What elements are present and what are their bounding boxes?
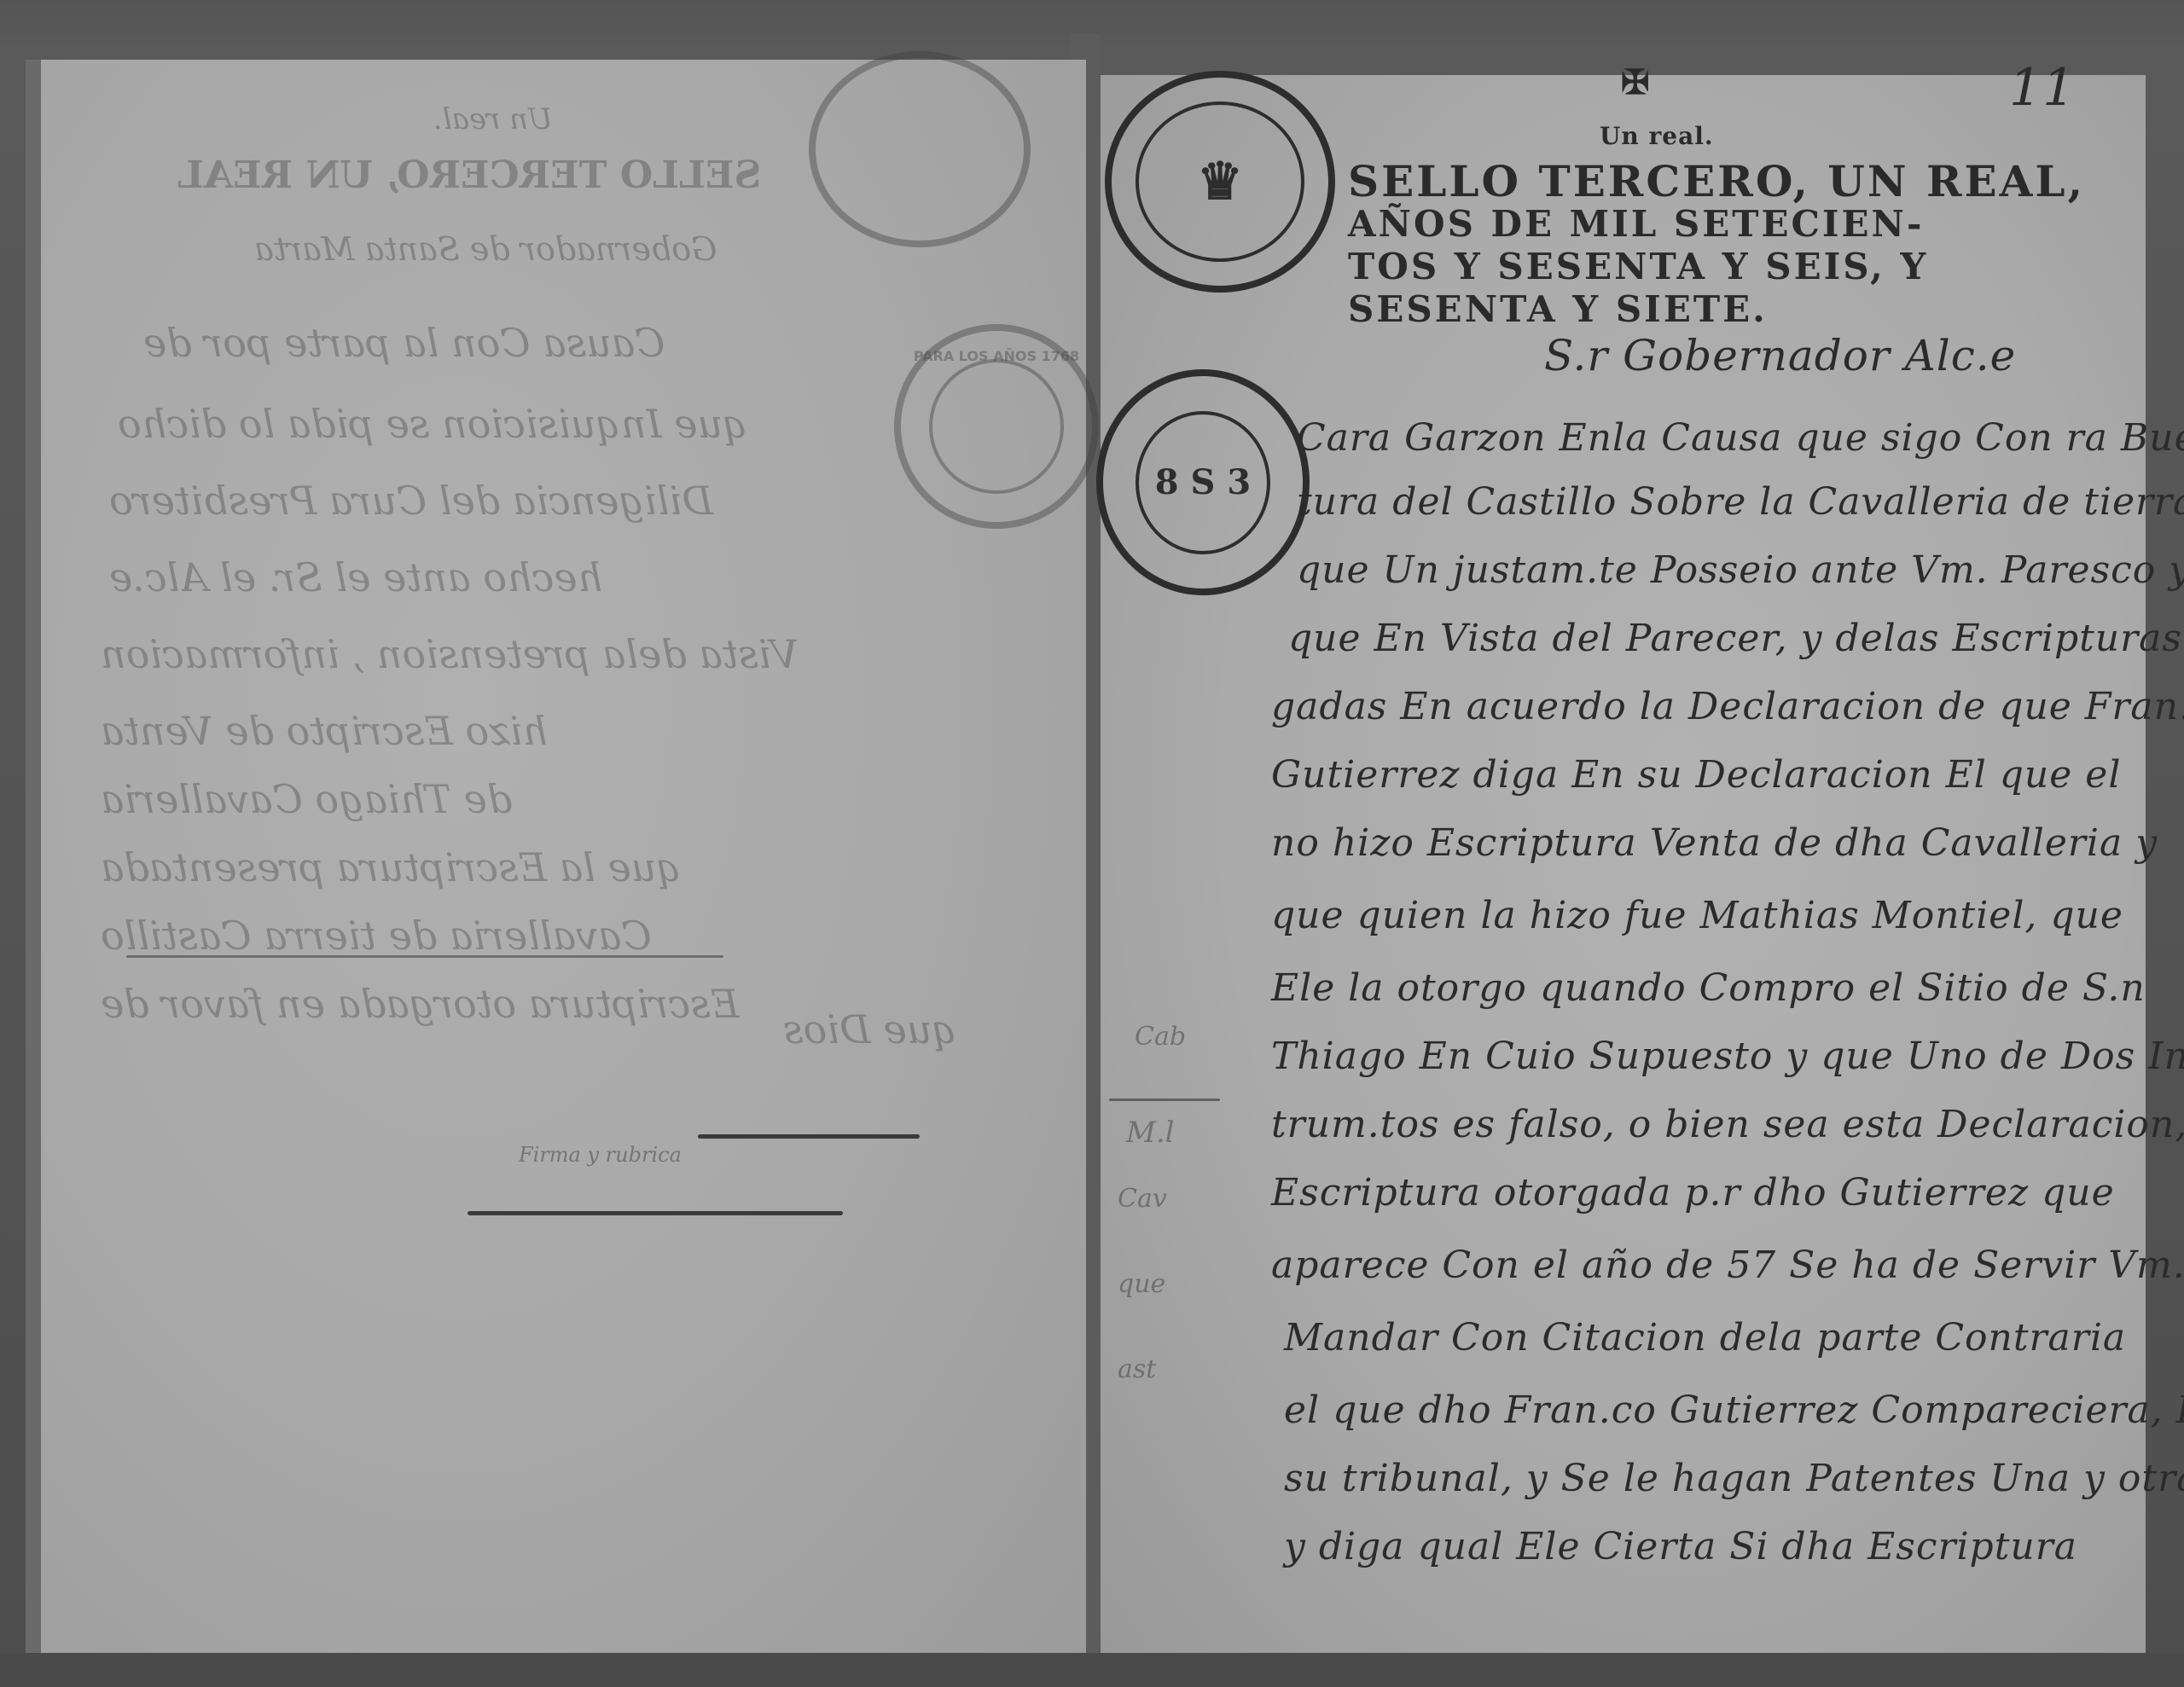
page-number: 11 <box>2009 58 2076 118</box>
margin-dash <box>1109 1099 1220 1101</box>
bleed-line: que Dios <box>783 1006 957 1052</box>
body-line: Thiago En Cuio Supuesto y que Uno de Dos… <box>1271 1035 2184 1078</box>
bleed-line: hizo Escripto de Venta <box>101 708 548 754</box>
bleed-line: Diligencia del Cura Presbitero <box>109 478 713 524</box>
dash-rule <box>126 955 723 958</box>
stamp-line: SELLO TERCERO, UN REAL, <box>1348 156 2085 206</box>
salutation: S.r Gobernador Alc.e <box>1544 331 2016 380</box>
signature-flourish <box>468 1211 843 1215</box>
bleed-line: que la Escriptura presentada <box>101 844 682 890</box>
bleed-line: Escriptura otorgada en favor de <box>101 981 739 1027</box>
margin-note: Cav <box>1118 1184 1167 1214</box>
bleed-line: hecho ante el Sr. el Alc.e <box>109 554 602 600</box>
stamp-line: TOS Y SESENTA Y SEIS, Y <box>1348 246 1928 287</box>
margin-note: que <box>1118 1269 1165 1299</box>
bleed-line: que Inquisicion se pida lo dicho <box>118 401 748 447</box>
body-line: Cara Garzon Enla Causa que sigo Con ra B… <box>1297 416 2184 460</box>
bleed-line: Causa Con la parte por de <box>143 320 665 366</box>
stamp-line: SESENTA Y SIETE. <box>1348 288 1768 330</box>
body-line: que Un justam.te Posseio ante Vm. Paresc… <box>1297 548 2184 592</box>
body-line: no hizo Escriptura Venta de dha Cavaller… <box>1271 821 2158 865</box>
body-line: y diga qual Ele Cierta Si dha Escriptura <box>1284 1525 2077 1568</box>
right-page: 11 ✠ ♛ Un real. SELLO TERCERO, UN REAL, … <box>1101 75 2146 1653</box>
body-line: el que dho Fran.co Gutierrez Comparecier… <box>1284 1388 2184 1432</box>
stamp-header-small: Un real. <box>1600 122 1714 150</box>
bleed-line: Un real. <box>433 102 553 136</box>
body-line: su tribunal, y Se le hagan Patentes Una … <box>1284 1457 2184 1500</box>
margin-note: ast <box>1118 1354 1156 1384</box>
bleed-line: de Thiago Cavalleria <box>101 776 512 822</box>
body-line: gadas En acuerdo la Declaracion de que F… <box>1271 685 2184 728</box>
body-line: tura del Castillo Sobre la Cavalleria de… <box>1297 480 2184 524</box>
scan-bottom-edge <box>0 1653 2184 1687</box>
bleed-line: SELLO TERCERO, UN REAL <box>177 154 761 197</box>
revalidation-seal: 8 S 3 <box>1096 369 1310 595</box>
body-line: Ele la otorgo quando Compro el Sitio de … <box>1271 966 2146 1010</box>
body-line: aparece Con el año de 57 Se ha de Servir… <box>1271 1244 2184 1287</box>
signature-label: Firma y rubrica <box>519 1143 682 1167</box>
bleed-line: Vista dela pretension , informacion <box>101 631 799 677</box>
cross-mark: ✠ <box>1621 62 1653 102</box>
body-line: que En Vista del Parecer, y delas Escrip… <box>1288 617 2184 660</box>
faint-revalidation-seal: PARA LOS AÑOS 1768 <box>894 324 1099 529</box>
faint-royal-seal <box>809 51 1031 247</box>
margin-note: Cab <box>1135 1022 1186 1052</box>
body-line: Mandar Con Citacion dela parte Contraria <box>1284 1316 2126 1359</box>
faint-seal-legend: PARA LOS AÑOS 1768 <box>914 348 1079 364</box>
body-line: Escriptura otorgada p.r dho Gutierrez qu… <box>1271 1171 2115 1215</box>
bleed-line: Gobernador de Santa Marta <box>254 230 717 268</box>
body-line: que quien la hizo fue Mathias Montiel, q… <box>1271 894 2123 937</box>
left-page: PARA LOS AÑOS 1768 Un real. SELLO TERCER… <box>26 60 1086 1663</box>
margin-note: M.l <box>1126 1116 1175 1150</box>
body-line: trum.tos es falso, o bien sea esta Decla… <box>1271 1103 2184 1146</box>
signature-flourish <box>698 1134 920 1139</box>
stamp-line: AÑOS DE MIL SETECIEN- <box>1348 203 1924 245</box>
bleed-line: Cavalleria de tierra Castillo <box>101 913 652 959</box>
body-line: Gutierrez diga En su Declaracion El que … <box>1271 753 2121 797</box>
royal-seal: ♛ <box>1105 71 1335 293</box>
